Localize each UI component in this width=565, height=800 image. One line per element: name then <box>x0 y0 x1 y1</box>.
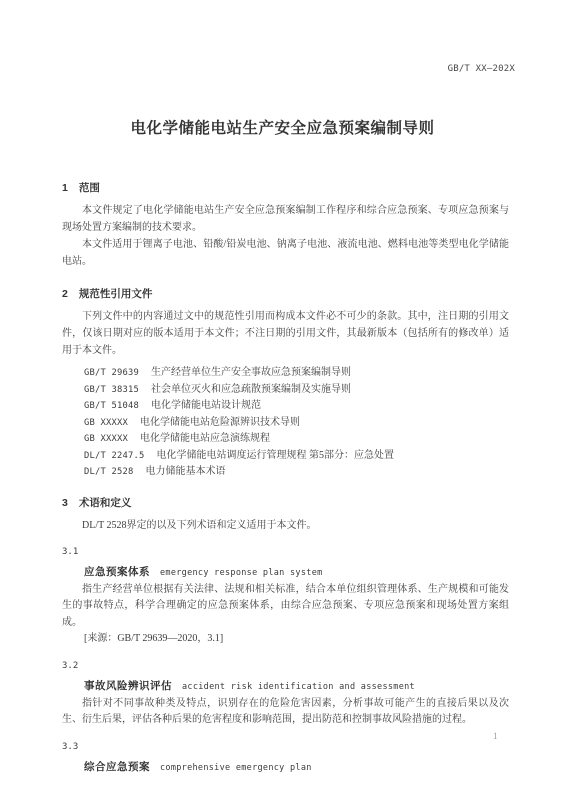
section-number: 1 <box>62 182 68 194</box>
reference-title: 电化学储能电站设计规范 <box>151 400 261 411</box>
reference-code: GB/T 29639 <box>84 368 139 378</box>
scope-paragraph: 本文件适用于锂离子电池、铅酸/铅炭电池、钠离子电池、液流电池、燃料电池等类型电化… <box>62 236 509 270</box>
term-number: 3.3 <box>62 740 509 754</box>
term-entry: 3.2 事故风险辨识评估accident risk identification… <box>62 659 509 729</box>
reference-item: GB/T 38315社会单位灭火和应急疏散预案编制及实施导则 <box>84 382 509 399</box>
reference-code: GB XXXXX <box>84 418 128 428</box>
reference-list: GB/T 29639生产经营单位生产安全事故应急预案编制导则 GB/T 3831… <box>62 365 509 481</box>
term-chinese: 综合应急预案 <box>84 761 150 773</box>
terms-intro: DL/T 2528界定的以及下列术语和定义适用于本文件。 <box>62 517 509 534</box>
page-number: 1 <box>493 731 498 741</box>
reference-title: 生产经营单位生产安全事故应急预案编制导则 <box>151 367 351 378</box>
term-entry: 3.1 应急预案体系emergency response plan system… <box>62 545 509 648</box>
term-title-line: 事故风险辨识评估accident risk identification and… <box>62 679 509 694</box>
section-heading: 3术语和定义 <box>62 495 509 510</box>
section-number: 2 <box>62 288 68 300</box>
reference-title: 电化学储能电站危险源辨识技术导则 <box>140 417 300 428</box>
standard-code: GB/T XX—202X <box>448 64 515 74</box>
term-english: accident risk identification and assessm… <box>182 682 415 692</box>
section-heading-text: 范围 <box>79 182 100 194</box>
reference-title: 电化学储能电站调度运行管理规程 第5部分：应急处置 <box>156 450 394 461</box>
section-scope: 1范围 本文件规定了电化学储能电站生产安全应急预案编制工作程序和综合应急预案、专… <box>62 180 509 270</box>
reference-item: GB XXXXX电化学储能电站应急演练规程 <box>84 431 509 448</box>
reference-code: GB/T 51048 <box>84 401 139 411</box>
section-heading: 2规范性引用文件 <box>62 286 509 301</box>
scope-paragraph: 本文件规定了电化学储能电站生产安全应急预案编制工作程序和综合应急预案、专项应急预… <box>62 202 509 236</box>
term-definition: 指针对不同事故种类及特点，识别存在的危险危害因素，分析事故可能产生的直接后果以及… <box>62 696 509 729</box>
reference-code: GB/T 38315 <box>84 385 139 395</box>
reference-item: DL/T 2247.5电化学储能电站调度运行管理规程 第5部分：应急处置 <box>84 448 509 465</box>
document-page: GB/T XX—202X 电化学储能电站生产安全应急预案编制导则 1范围 本文件… <box>0 0 565 800</box>
term-source-note: [来源：GB/T 29639—2020，3.1] <box>62 631 509 648</box>
section-terms-definitions: 3术语和定义 DL/T 2528界定的以及下列术语和定义适用于本文件。 3.1 … <box>62 495 509 775</box>
section-number: 3 <box>62 497 68 509</box>
reference-item: GB/T 29639生产经营单位生产安全事故应急预案编制导则 <box>84 365 509 382</box>
reference-item: GB XXXXX电化学储能电站危险源辨识技术导则 <box>84 415 509 432</box>
term-number: 3.2 <box>62 659 509 673</box>
reference-item: GB/T 51048电化学储能电站设计规范 <box>84 398 509 415</box>
reference-code: DL/T 2528 <box>84 467 133 477</box>
reference-item: DL/T 2528电力储能基本术语 <box>84 464 509 481</box>
term-chinese: 应急预案体系 <box>84 566 150 578</box>
reference-title: 电力储能基本术语 <box>145 466 225 477</box>
section-heading-text: 规范性引用文件 <box>79 288 153 300</box>
reference-code: DL/T 2247.5 <box>84 451 144 461</box>
term-english: comprehensive emergency plan <box>160 763 312 773</box>
section-heading-text: 术语和定义 <box>79 497 132 509</box>
term-definition: 指生产经营单位根据有关法律、法规和相关标准，结合本单位组织管理体系、生产规模和可… <box>62 582 509 632</box>
section-normative-references: 2规范性引用文件 下列文件中的内容通过文中的规范性引用而构成本文件必不可少的条款… <box>62 286 509 481</box>
reference-title: 社会单位灭火和应急疏散预案编制及实施导则 <box>151 384 351 395</box>
references-intro: 下列文件中的内容通过文中的规范性引用而构成本文件必不可少的条款。其中，注日期的引… <box>62 308 509 359</box>
reference-title: 电化学储能电站应急演练规程 <box>140 433 270 444</box>
document-body: 1范围 本文件规定了电化学储能电站生产安全应急预案编制工作程序和综合应急预案、专… <box>0 180 565 775</box>
term-entry: 3.3 综合应急预案comprehensive emergency plan <box>62 740 509 775</box>
term-english: emergency response plan system <box>160 568 323 578</box>
term-title-line: 应急预案体系emergency response plan system <box>62 565 509 580</box>
reference-code: GB XXXXX <box>84 434 128 444</box>
term-number: 3.1 <box>62 545 509 559</box>
term-chinese: 事故风险辨识评估 <box>84 680 172 692</box>
section-heading: 1范围 <box>62 180 509 195</box>
term-title-line: 综合应急预案comprehensive emergency plan <box>62 760 509 775</box>
